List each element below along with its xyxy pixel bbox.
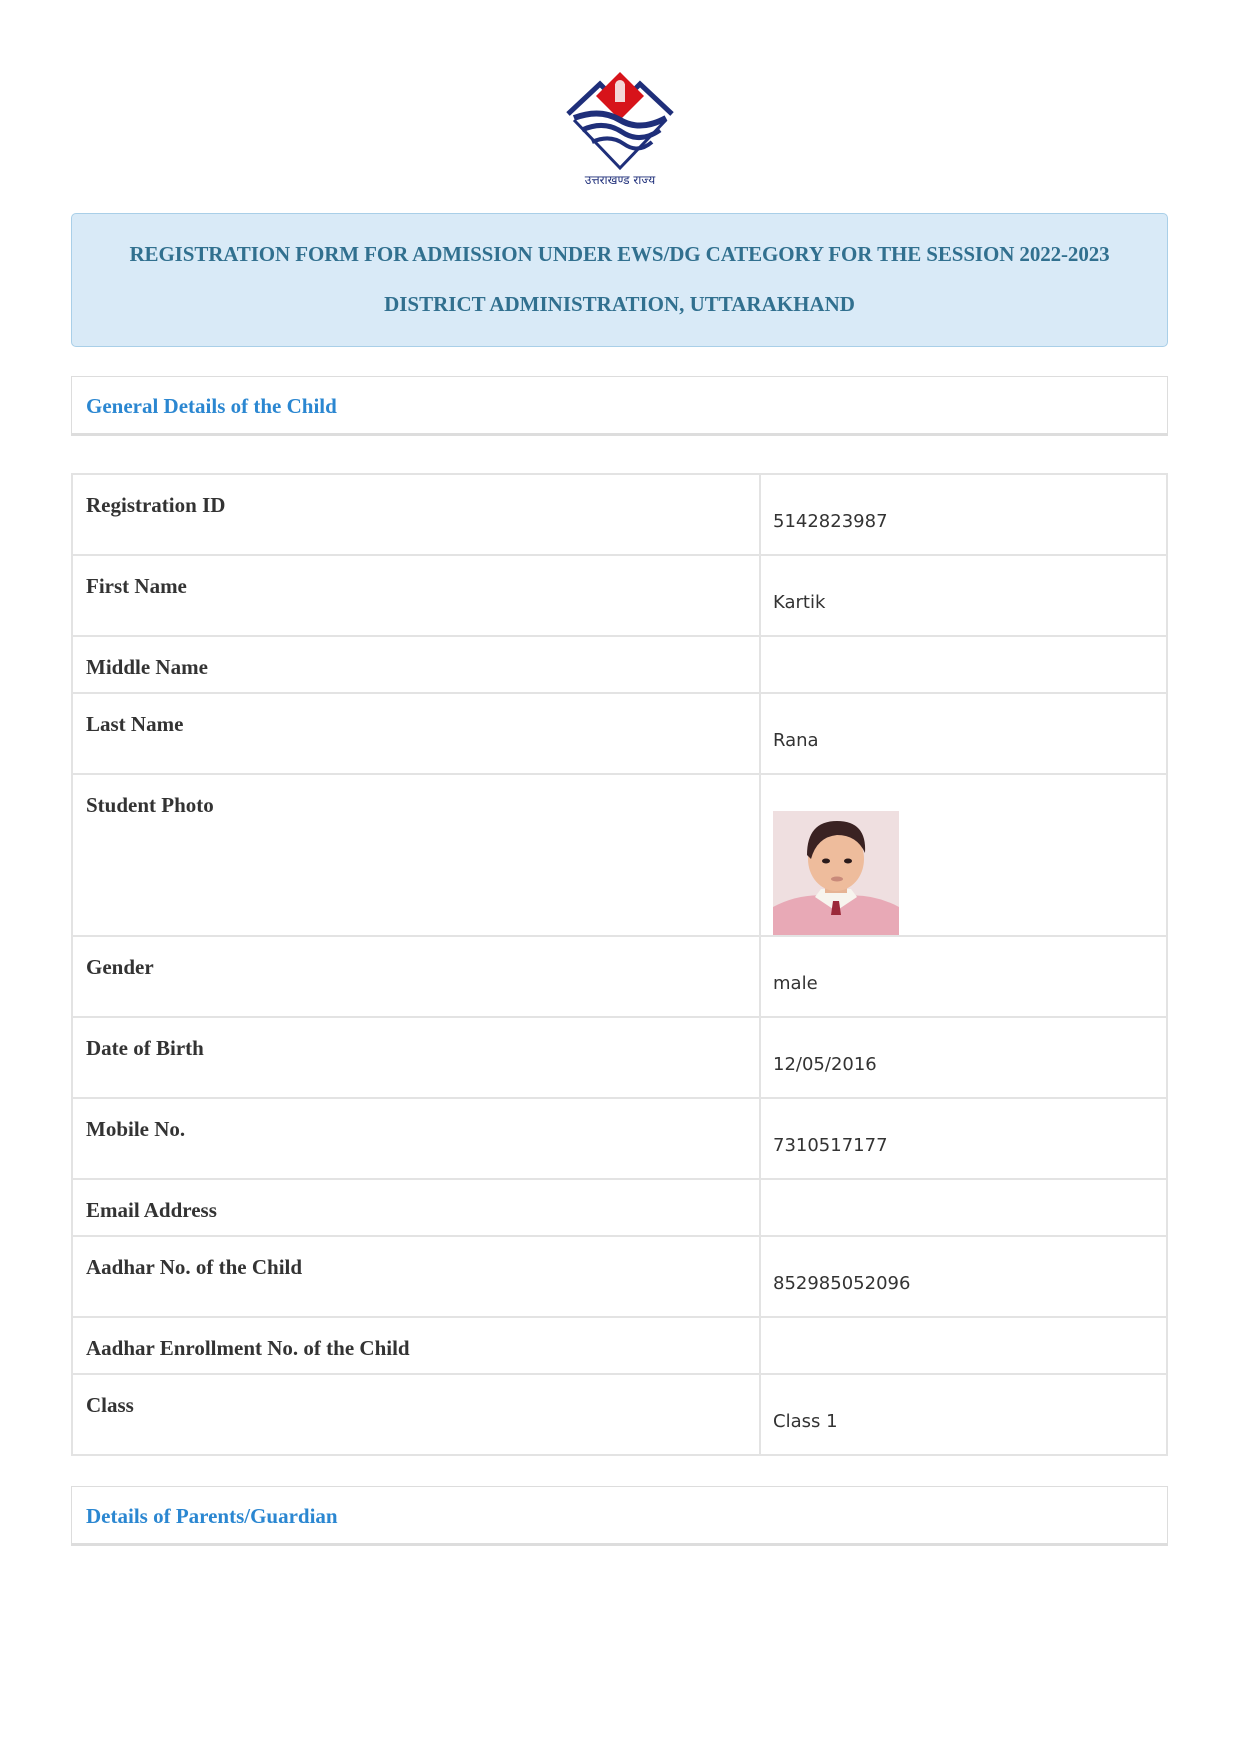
field-label: Class bbox=[72, 1374, 760, 1455]
field-label: First Name bbox=[72, 555, 760, 636]
general-details-table: Registration ID 5142823987 First Name Ka… bbox=[71, 473, 1168, 1456]
field-label: Aadhar Enrollment No. of the Child bbox=[72, 1317, 760, 1374]
middle-name-value bbox=[760, 636, 1167, 693]
field-label: Middle Name bbox=[72, 636, 760, 693]
last-name-value: Rana bbox=[760, 693, 1167, 774]
student-photo-cell bbox=[760, 774, 1167, 936]
table-row: Aadhar Enrollment No. of the Child bbox=[72, 1317, 1167, 1374]
table-row: Mobile No. 7310517177 bbox=[72, 1098, 1167, 1179]
section-parents-details: Details of Parents/Guardian bbox=[71, 1486, 1168, 1546]
aadhar-enrollment-value bbox=[760, 1317, 1167, 1374]
section-title: Details of Parents/Guardian bbox=[86, 1504, 338, 1529]
field-label: Aadhar No. of the Child bbox=[72, 1236, 760, 1317]
table-row: First Name Kartik bbox=[72, 555, 1167, 636]
uttarakhand-state-logo: उत्तराखण्ड राज्य bbox=[560, 68, 680, 186]
table-row: Last Name Rana bbox=[72, 693, 1167, 774]
table-row: Registration ID 5142823987 bbox=[72, 474, 1167, 555]
field-label: Email Address bbox=[72, 1179, 760, 1236]
field-label: Date of Birth bbox=[72, 1017, 760, 1098]
table-row: Date of Birth 12/05/2016 bbox=[72, 1017, 1167, 1098]
registration-id-value: 5142823987 bbox=[760, 474, 1167, 555]
table-row: Email Address bbox=[72, 1179, 1167, 1236]
field-label: Student Photo bbox=[72, 774, 760, 936]
gender-value: male bbox=[760, 936, 1167, 1017]
field-label: Mobile No. bbox=[72, 1098, 760, 1179]
table-row: Aadhar No. of the Child 852985052096 bbox=[72, 1236, 1167, 1317]
section-title: General Details of the Child bbox=[86, 394, 337, 419]
form-subtitle: DISTRICT ADMINISTRATION, UTTARAKHAND bbox=[72, 292, 1167, 317]
student-photo bbox=[773, 811, 899, 935]
emblem-icon: उत्तराखण्ड राज्य bbox=[560, 68, 680, 186]
first-name-value: Kartik bbox=[760, 555, 1167, 636]
section-general-details: General Details of the Child bbox=[71, 376, 1168, 436]
table-row: Gender male bbox=[72, 936, 1167, 1017]
form-title: REGISTRATION FORM FOR ADMISSION UNDER EW… bbox=[72, 242, 1167, 267]
class-value: Class 1 bbox=[760, 1374, 1167, 1455]
table-row: Student Photo bbox=[72, 774, 1167, 936]
field-label: Gender bbox=[72, 936, 760, 1017]
date-of-birth-value: 12/05/2016 bbox=[760, 1017, 1167, 1098]
field-label: Registration ID bbox=[72, 474, 760, 555]
svg-text:उत्तराखण्ड राज्य: उत्तराखण्ड राज्य bbox=[585, 173, 657, 186]
aadhar-number-value: 852985052096 bbox=[760, 1236, 1167, 1317]
mobile-number-value: 7310517177 bbox=[760, 1098, 1167, 1179]
table-row: Middle Name bbox=[72, 636, 1167, 693]
table-row: Class Class 1 bbox=[72, 1374, 1167, 1455]
email-address-value bbox=[760, 1179, 1167, 1236]
field-label: Last Name bbox=[72, 693, 760, 774]
form-title-banner: REGISTRATION FORM FOR ADMISSION UNDER EW… bbox=[71, 213, 1168, 347]
